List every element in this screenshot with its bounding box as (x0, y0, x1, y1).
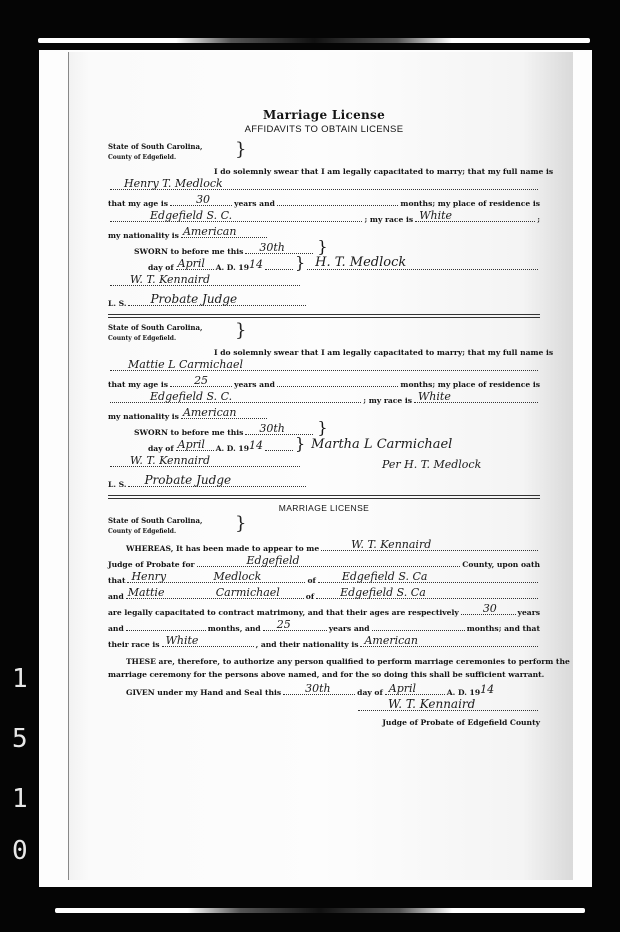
bride-residence: Edgefield S. Ca (340, 586, 426, 599)
official-signature: W. T. Kennaird (130, 454, 210, 467)
residence-value: Edgefield S. C. (150, 390, 232, 403)
groom-first-name: Henry (131, 570, 166, 583)
film-mark-1: 1 (12, 666, 28, 692)
capacitated-text: are legally capacitated to contract matr… (108, 608, 459, 617)
brace: } (317, 418, 327, 437)
oath-text: I do solemnly swear that I am legally ca… (214, 348, 553, 357)
county-upon-oath-label: County, upon oath (462, 560, 540, 569)
sworn-day-value: 30th (259, 241, 285, 254)
full-name-value: Mattie L Carmichael (128, 358, 243, 371)
groom-age: 30 (483, 602, 497, 615)
ls-label: L. S. (108, 480, 126, 489)
film-edge-top (38, 38, 590, 43)
and-label: and (108, 592, 124, 601)
race-value: White (418, 390, 451, 403)
residence-line: Edgefield S. C. ; my race is White (108, 389, 540, 405)
age-label: that my age is (108, 380, 168, 389)
film-mark-2: 5 (12, 726, 28, 752)
years-label: years (518, 608, 540, 617)
document-title: Marriage License (108, 108, 540, 122)
county-label: County of Edgefield. (108, 153, 540, 163)
bride-months-field (372, 618, 465, 631)
years-and-label: years and (329, 624, 370, 633)
year-value: 14 (249, 258, 263, 271)
judge-name: W. T. Kennaird (351, 538, 431, 551)
nationality-label: , and their nationality is (256, 640, 359, 649)
brace: } (235, 320, 246, 341)
of-label: of (306, 592, 314, 601)
given-line: GIVEN under my Hand and Seal this 30th d… (108, 681, 540, 697)
full-name-line: Henry T. Medlock (108, 176, 540, 192)
full-name-value: Henry T. Medlock (124, 177, 223, 190)
nationality-value: American (183, 406, 236, 419)
judge-signature: W. T. Kennaird (388, 697, 475, 711)
official-title-field: Probate Judge (128, 293, 306, 306)
given-day: 30th (305, 682, 331, 695)
given-month: April (389, 682, 416, 695)
bride-age-field: 25 (263, 618, 327, 631)
age-field: 25 (170, 374, 232, 387)
county-label: County of Edgefield. (108, 527, 540, 537)
full-name-field: Henry T. Medlock (110, 177, 538, 190)
nationality-value: American (183, 225, 236, 238)
county-label: County of Edgefield. (108, 334, 540, 344)
official-line: W. T. Kennaird (108, 272, 540, 288)
nationality-value: American (364, 634, 417, 647)
capacitated-line: are legally capacitated to contract matr… (108, 601, 540, 617)
marriage-license-document: Marriage License AFFIDAVITS TO OBTAIN LI… (108, 108, 540, 727)
groom-months-field (126, 618, 206, 631)
brace: } (295, 253, 305, 272)
official-signature-field: W. T. Kennaird (110, 454, 300, 467)
semicolon: ; (537, 215, 540, 224)
ad-label: A. D. 19 (216, 263, 249, 272)
whereas-label: WHEREAS, It has been made to appear to m… (126, 544, 319, 553)
nationality-field: American (360, 634, 538, 647)
months-residence-label: months; my place of residence is (400, 199, 540, 208)
judge-title-line: Judge of Probate of Edgefield County (108, 713, 540, 727)
official-title: Probate Judge (144, 473, 231, 487)
state-label: State of South Carolina, (108, 515, 540, 527)
signature-field: Martha L Carmichael (307, 439, 538, 451)
judge-signature-field: W. T. Kennaird (358, 698, 538, 711)
whereas-line: WHEREAS, It has been made to appear to m… (108, 537, 540, 553)
residence-field: Edgefield S. C. (110, 209, 362, 222)
groom-last-name: Medlock (213, 570, 261, 583)
nationality-label: my nationality is (108, 231, 179, 240)
judge-name-field: W. T. Kennaird (321, 538, 538, 551)
months-field (277, 374, 399, 387)
race-field: White (414, 390, 538, 403)
race-field: White (162, 634, 254, 647)
day-of-line: day of April A. D. 1914 } Martha L Carmi… (108, 437, 540, 453)
year-value: 14 (249, 439, 263, 452)
ls-line: L. S. Probate Judge (108, 288, 540, 308)
months-field (277, 193, 399, 206)
nationality-label: my nationality is (108, 412, 179, 421)
official-title: Probate Judge (150, 292, 237, 306)
groom-line: that Henry Medlock of Edgefield S. Ca (108, 569, 540, 585)
months-and-label: months, and (208, 624, 261, 633)
race-label: their race is (108, 640, 160, 649)
given-month-field: April (385, 682, 445, 695)
bride-signature: Martha L Carmichael (311, 437, 452, 452)
oath-line: I do solemnly swear that I am legally ca… (108, 344, 540, 357)
film-mark-4: 0 (12, 838, 28, 864)
groom-affidavit: State of South Carolina, County of Edgef… (108, 141, 540, 308)
state-label: State of South Carolina, (108, 322, 540, 334)
bride-first-name: Mattie (128, 586, 165, 599)
age-label: that my age is (108, 199, 168, 208)
judge-signature-line: W. T. Kennaird (108, 697, 540, 713)
nationality-field: American (181, 406, 267, 419)
year-field (265, 257, 293, 270)
brace: } (235, 139, 246, 160)
and-label: and (108, 624, 124, 633)
ad-label: A. D. 19 (447, 688, 480, 697)
official-title-field: Probate Judge (128, 474, 306, 487)
document-subtitle: AFFIDAVITS TO OBTAIN LICENSE (108, 124, 540, 135)
groom-residence: Edgefield S. Ca (342, 570, 428, 583)
year-field (265, 438, 293, 451)
film-edge-bottom (55, 908, 585, 913)
residence-field: Edgefield S. C. (110, 390, 361, 403)
brace: } (235, 513, 246, 534)
judge-probate-label: Judge of Probate for (108, 560, 195, 569)
of-label: of (307, 576, 315, 585)
month-value: April (178, 257, 205, 270)
ls-label: L. S. (108, 299, 126, 308)
bride-line: and Mattie Carmichael of Edgefield S. Ca (108, 585, 540, 601)
day-of-label: day of (148, 263, 174, 272)
license-heading: MARRIAGE LICENSE (108, 503, 540, 513)
given-label: GIVEN under my Hand and Seal this (126, 688, 281, 697)
month-field: April (176, 257, 214, 270)
age-value: 25 (194, 374, 208, 387)
official-signature: W. T. Kennaird (130, 273, 210, 286)
bride-last-name: Carmichael (216, 586, 280, 599)
signature-field: H. T. Medlock (307, 257, 538, 270)
bride-name-field: Mattie Carmichael (126, 586, 304, 599)
oath-text: I do solemnly swear that I am legally ca… (214, 167, 553, 176)
nationality-field: American (181, 225, 267, 238)
race-label: ; my race is (364, 215, 413, 224)
years-and-label: years and (234, 380, 275, 389)
residence-value: Edgefield S. C. (150, 209, 232, 222)
race-nationality-line: their race is White , and their national… (108, 633, 540, 649)
race-value: White (166, 634, 199, 647)
full-name-field: Mattie L Carmichael (110, 358, 538, 371)
bride-age: 25 (277, 618, 291, 631)
official-line: W. T. Kennaird Per H. T. Medlock (108, 453, 540, 469)
groom-signature: H. T. Medlock (315, 255, 406, 270)
sworn-day-value: 30th (259, 422, 285, 435)
age-line: that my age is 30 years and months; my p… (108, 192, 540, 208)
groom-name-field: Henry Medlock (127, 570, 305, 583)
months-residence-label: months; my place of residence is (400, 380, 540, 389)
months-line: and months, and 25 years and months; and… (108, 617, 540, 633)
years-and-label: years and (234, 199, 275, 208)
brace: } (317, 237, 327, 256)
month-field: April (176, 438, 214, 451)
county-field: Edgefield (197, 554, 461, 567)
age-line: that my age is 25 years and months; my p… (108, 373, 540, 389)
section-divider (108, 495, 540, 499)
authorize-text: THESE are, therefore, to authorize any p… (108, 655, 540, 668)
film-mark-3: 1 (12, 786, 28, 812)
that-label: that (108, 576, 125, 585)
marriage-license-section: State of South Carolina, County of Edgef… (108, 515, 540, 727)
state-label: State of South Carolina, (108, 141, 540, 153)
day-of-label: day of (357, 688, 383, 697)
residence-line: Edgefield S. C. ; my race is White ; (108, 208, 540, 224)
sworn-label: SWORN to before me this (134, 428, 243, 437)
ls-line: L. S. Probate Judge (108, 469, 540, 489)
sworn-label: SWORN to before me this (134, 247, 243, 256)
authorize-text-cont: marriage ceremony for the persons above … (108, 668, 540, 681)
day-of-label: day of (148, 444, 174, 453)
bride-affidavit: State of South Carolina, County of Edgef… (108, 322, 540, 489)
judge-probate-line: Judge of Probate for Edgefield County, u… (108, 553, 540, 569)
oath-line: I do solemnly swear that I am legally ca… (108, 163, 540, 176)
brace: } (295, 434, 305, 453)
sworn-line: SWORN to before me this 30th } (108, 421, 540, 437)
race-field: White (415, 209, 535, 222)
age-field: 30 (170, 193, 232, 206)
section-divider (108, 314, 540, 318)
month-value: April (178, 438, 205, 451)
age-value: 30 (196, 193, 210, 206)
groom-residence-field: Edgefield S. Ca (318, 570, 538, 583)
given-year: 14 (480, 683, 494, 696)
sworn-line: SWORN to before me this 30th } (108, 240, 540, 256)
judge-title: Judge of Probate of Edgefield County (382, 718, 540, 727)
ad-label: A. D. 19 (216, 444, 249, 453)
county-value: Edgefield (247, 554, 300, 567)
official-signature-field: W. T. Kennaird (110, 273, 300, 286)
months-and-that-label: months; and that (467, 624, 540, 633)
race-value: White (419, 209, 452, 222)
day-of-line: day of April A. D. 1914 } H. T. Medlock (108, 256, 540, 272)
full-name-line: Mattie L Carmichael (108, 357, 540, 373)
bride-residence-field: Edgefield S. Ca (316, 586, 538, 599)
given-day-field: 30th (283, 682, 355, 695)
groom-age-field: 30 (461, 602, 516, 615)
race-label: ; my race is (363, 396, 412, 405)
